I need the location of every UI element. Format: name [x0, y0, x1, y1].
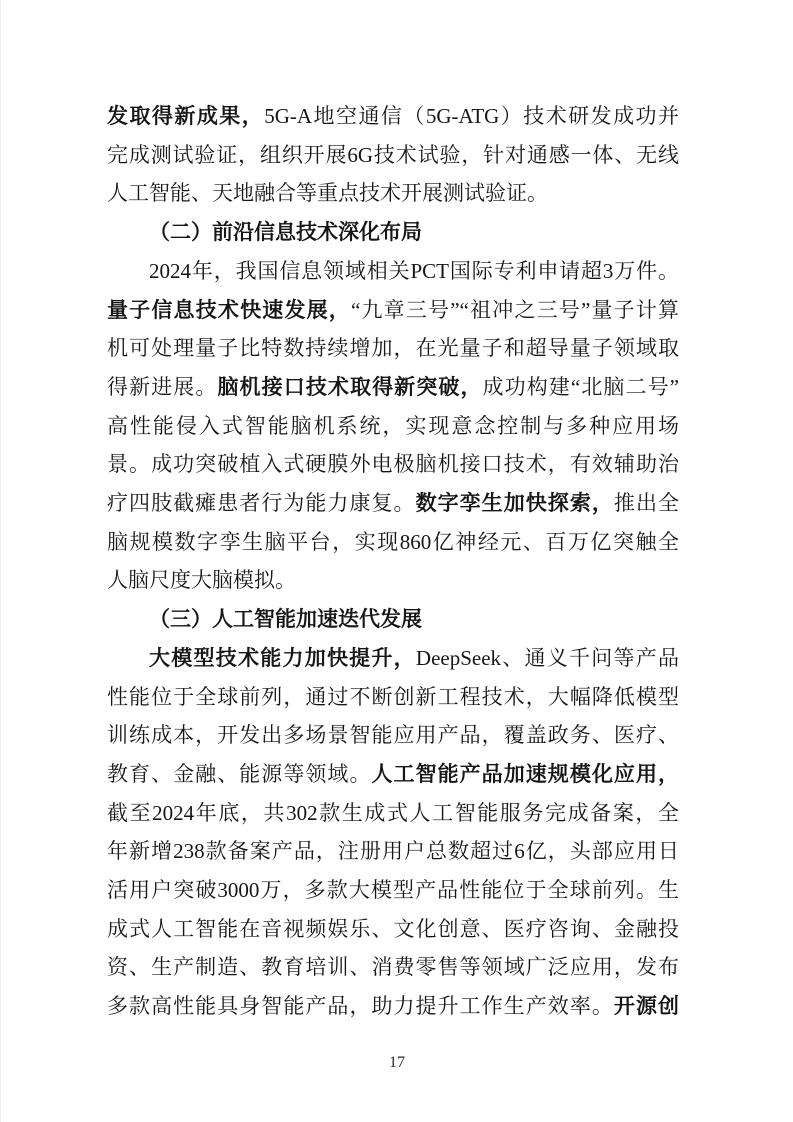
text-line: 得新进展。脑机接口技术取得新突破，成功构建“北脑二号”	[107, 368, 679, 407]
text-line: 2024年，我国信息领域相关PCT国际专利申请超3万件。	[107, 252, 679, 291]
emphasis-run: 大模型技术能力加快提升，	[149, 646, 416, 670]
text-run: 资、生产制造、教育培训、消费零售等领域广泛应用，发布	[107, 955, 679, 979]
text-run: 人工智能、天地融合等重点技术开展测试验证。	[107, 181, 548, 205]
text-line: 疗四肢截瘫患者行为能力康复。数字孪生加快探索，推出全	[107, 484, 679, 523]
emphasis-run: 量子信息技术快速发展，	[107, 298, 351, 322]
text-run: 人脑尺度大脑模拟。	[107, 568, 296, 592]
text-run: 机可处理量子比特数持续增加，在光量子和超导量子领域取	[107, 336, 679, 360]
text-run: 活用户突破3000万，多款大模型产品性能位于全球前列。生	[107, 878, 679, 902]
text-run: 训练成本，开发出多场景智能应用产品，覆盖政务、医疗、	[107, 723, 679, 747]
emphasis-run: 发取得新成果，	[107, 104, 264, 128]
emphasis-run: 人工智能产品加速规模化应用，	[371, 762, 679, 786]
section-heading: （二）前沿信息技术深化布局	[107, 213, 679, 252]
text-run: 2024年，我国信息领域相关PCT国际专利申请超3万件。	[149, 259, 679, 283]
text-line: 成式人工智能在音视频娱乐、文化创意、医疗咨询、金融投	[107, 910, 679, 949]
text-run: 5G-A地空通信（5G-ATG）技术研发成功并	[264, 104, 679, 128]
text-line: 人脑尺度大脑模拟。	[107, 561, 679, 600]
text-run: 成功构建“北脑二号”	[483, 375, 679, 399]
text-line: 资、生产制造、教育培训、消费零售等领域广泛应用，发布	[107, 948, 679, 987]
emphasis-run: 脑机接口技术取得新突破，	[217, 375, 482, 399]
text-run: 景。成功突破植入式硬膜外电极脑机接口技术，有效辅助治	[107, 452, 679, 476]
text-line: 性能位于全球前列，通过不断创新工程技术，大幅降低模型	[107, 678, 679, 717]
text-line: 机可处理量子比特数持续增加，在光量子和超导量子领域取	[107, 329, 679, 368]
text-run: 年新增238款备案产品，注册用户总数超过6亿，头部应用日	[107, 839, 679, 863]
text-run: 推出全	[614, 491, 679, 515]
text-line: 高性能侵入式智能脑机系统，实现意念控制与多种应用场	[107, 407, 679, 446]
emphasis-run: （三）人工智能加速迭代发展	[149, 607, 422, 631]
text-line: 完成测试验证，组织开展6G技术试验，针对通感一体、无线	[107, 136, 679, 175]
text-run: 完成测试验证，组织开展6G技术试验，针对通感一体、无线	[107, 143, 679, 167]
text-line: 景。成功突破植入式硬膜外电极脑机接口技术，有效辅助治	[107, 445, 679, 484]
emphasis-run: 开源创	[614, 994, 679, 1018]
text-line: 人工智能、天地融合等重点技术开展测试验证。	[107, 174, 679, 213]
text-line: 年新增238款备案产品，注册用户总数超过6亿，头部应用日	[107, 832, 679, 871]
text-run: “九章三号”“祖冲之三号”量子计算	[351, 298, 679, 322]
section-heading: （三）人工智能加速迭代发展	[107, 600, 679, 639]
text-run: 高性能侵入式智能脑机系统，实现意念控制与多种应用场	[107, 414, 679, 438]
text-run: 得新进展。	[107, 375, 217, 399]
text-line: 大模型技术能力加快提升，DeepSeek、通义千问等产品	[107, 639, 679, 678]
text-line: 活用户突破3000万，多款大模型产品性能位于全球前列。生	[107, 871, 679, 910]
text-run: 成式人工智能在音视频娱乐、文化创意、医疗咨询、金融投	[107, 917, 679, 941]
text-line: 截至2024年底，共302款生成式人工智能服务完成备案，全	[107, 794, 679, 833]
document-body: 发取得新成果，5G-A地空通信（5G-ATG）技术研发成功并完成测试验证，组织开…	[107, 97, 679, 1026]
text-line: 多款高性能具身智能产品，助力提升工作生产效率。开源创	[107, 987, 679, 1026]
text-run: 截至2024年底，共302款生成式人工智能服务完成备案，全	[107, 801, 679, 825]
text-line: 训练成本，开发出多场景智能应用产品，覆盖政务、医疗、	[107, 716, 679, 755]
text-run: 多款高性能具身智能产品，助力提升工作生产效率。	[107, 994, 614, 1018]
text-line: 量子信息技术快速发展，“九章三号”“祖冲之三号”量子计算	[107, 291, 679, 330]
emphasis-run: （二）前沿信息技术深化布局	[149, 220, 422, 244]
text-run: 教育、金融、能源等领域。	[107, 762, 371, 786]
page-number: 17	[389, 1054, 405, 1071]
text-run: DeepSeek、通义千问等产品	[416, 646, 679, 670]
text-line: 发取得新成果，5G-A地空通信（5G-ATG）技术研发成功并	[107, 97, 679, 136]
text-line: 教育、金融、能源等领域。人工智能产品加速规模化应用，	[107, 755, 679, 794]
text-run: 脑规模数字孪生脑平台，实现860亿神经元、百万亿突触全	[107, 530, 679, 554]
emphasis-run: 数字孪生加快探索，	[416, 491, 614, 515]
text-run: 疗四肢截瘫患者行为能力康复。	[107, 491, 416, 515]
text-line: 脑规模数字孪生脑平台，实现860亿神经元、百万亿突触全	[107, 523, 679, 562]
page-footer: 17	[1, 1052, 793, 1074]
document-page: 发取得新成果，5G-A地空通信（5G-ATG）技术研发成功并完成测试验证，组织开…	[0, 0, 793, 1122]
text-run: 性能位于全球前列，通过不断创新工程技术，大幅降低模型	[107, 685, 679, 709]
